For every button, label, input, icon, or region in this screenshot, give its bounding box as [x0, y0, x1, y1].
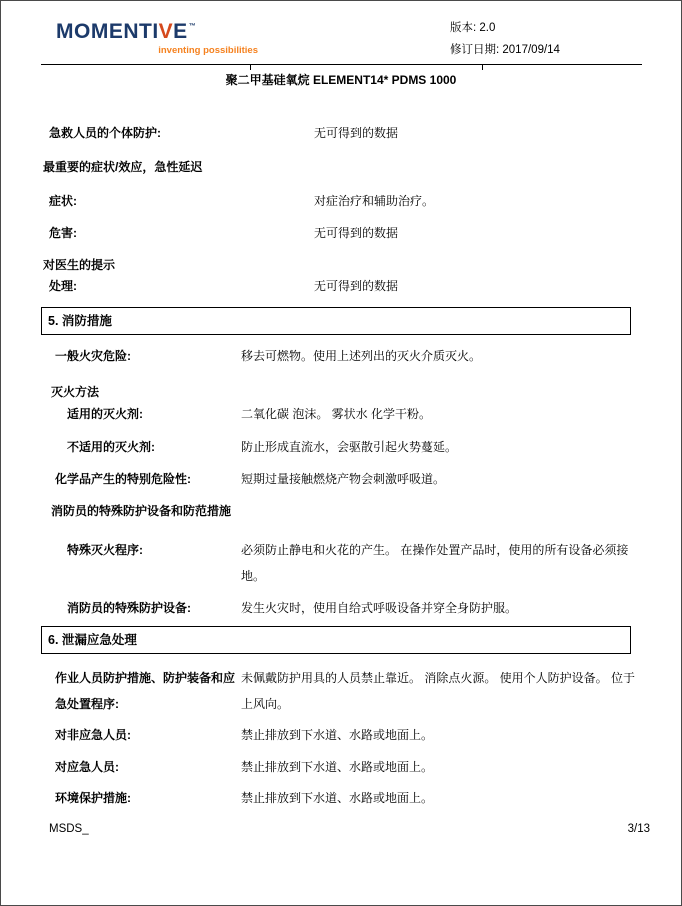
wordmark-prefix: MOMENTI	[56, 20, 159, 43]
revision-date-text: 修订日期: 2017/09/14	[450, 39, 560, 61]
field-label: 对非应急人员:	[1, 727, 241, 743]
wordmark-v-mark: V	[159, 20, 174, 43]
msds-document-page: MOMENTIVE™ inventing possibilities 版本: 2…	[0, 0, 682, 906]
field-row: 化学品产生的特别危险性: 短期过量接触燃烧产物会刺激呼吸道。	[1, 471, 681, 487]
field-value: 移去可燃物。使用上述列出的灭火介质灭火。	[241, 348, 681, 364]
wordmark-suffix: E	[173, 20, 188, 43]
group-heading: 灭火方法	[1, 384, 681, 400]
page-title: 聚二甲基硅氧烷 ELEMENT14* PDMS 1000	[1, 71, 681, 88]
field-value: 无可得到的数据	[314, 125, 681, 141]
field-label: 对应急人员:	[1, 759, 241, 775]
field-value: 必须防止静电和火花的产生。 在操作处置产品时，使用的所有设备必须接地。	[241, 537, 681, 589]
header-divider	[41, 64, 642, 65]
field-label: 环境保护措施:	[1, 790, 241, 806]
field-value: 二氧化碳 泡沫。 雾状水 化学干粉。	[241, 406, 681, 422]
field-row: 特殊灭火程序: 必须防止静电和火花的产生。 在操作处置产品时，使用的所有设备必须…	[1, 537, 681, 589]
group-heading: 对医生的提示	[1, 257, 681, 273]
field-row: 症状: 对症治疗和辅助治疗。	[1, 193, 681, 209]
field-value: 对症治疗和辅助治疗。	[314, 193, 681, 209]
field-label: 适用的灭火剂:	[1, 406, 241, 422]
field-label: 症状:	[1, 193, 314, 209]
document-body: 急救人员的个体防护: 无可得到的数据 最重要的症状/效应，急性延迟 症状: 对症…	[1, 125, 681, 806]
version-text: 版本: 2.0	[450, 17, 560, 39]
group-heading-text: 对医生的提示	[1, 258, 115, 272]
field-label: 处理:	[1, 278, 314, 294]
group-heading-text: 灭火方法	[51, 385, 99, 399]
field-row: 处理: 无可得到的数据	[1, 278, 681, 294]
field-row: 消防员的特殊防护设备: 发生火灾时，使用自给式呼吸设备并穿全身防护服。	[1, 600, 681, 616]
field-row: 对非应急人员: 禁止排放到下水道、水路或地面上。	[1, 727, 681, 743]
momentive-logo: MOMENTIVE™ inventing possibilities	[56, 21, 258, 56]
field-row: 作业人员防护措施、防护装备和应急处置程序: 未佩戴防护用具的人员禁止靠近。 消除…	[1, 665, 681, 717]
field-label: 急救人员的个体防护:	[1, 125, 314, 141]
momentive-wordmark: MOMENTIVE™	[56, 21, 258, 42]
field-label: 危害:	[1, 225, 314, 241]
field-value: 禁止排放到下水道、水路或地面上。	[241, 759, 681, 775]
document-meta: 版本: 2.0 修订日期: 2017/09/14	[450, 17, 560, 61]
field-label: 作业人员防护措施、防护装备和应急处置程序:	[1, 665, 241, 717]
field-label: 化学品产生的特别危险性:	[1, 471, 241, 487]
group-heading-text: 最重要的症状/效应，急性延迟	[1, 160, 202, 174]
field-label: 不适用的灭火剂:	[1, 439, 241, 455]
field-value: 短期过量接触燃烧产物会刺激呼吸道。	[241, 471, 681, 487]
field-value: 防止形成直流水，会驱散引起火势蔓延。	[241, 439, 681, 455]
field-value: 未佩戴防护用具的人员禁止靠近。 消除点火源。 使用个人防护设备。 位于上风向。	[241, 665, 681, 717]
header-divider-tick	[250, 65, 251, 70]
section-heading-accidental-release: 6. 泄漏应急处理	[41, 626, 631, 654]
group-heading: 最重要的症状/效应，急性延迟	[1, 159, 681, 175]
field-row: 一般火灾危险: 移去可燃物。使用上述列出的灭火介质灭火。	[1, 348, 681, 364]
field-row: 环境保护措施: 禁止排放到下水道、水路或地面上。	[1, 790, 681, 806]
page-number: 3/13	[628, 823, 650, 835]
field-value: 无可得到的数据	[314, 278, 681, 294]
field-value: 禁止排放到下水道、水路或地面上。	[241, 790, 681, 806]
field-label: 消防员的特殊防护设备:	[1, 600, 241, 616]
logo-tagline: inventing possibilities	[106, 45, 258, 56]
field-row: 危害: 无可得到的数据	[1, 225, 681, 241]
field-label: 一般火灾危险:	[1, 348, 241, 364]
group-heading: 消防员的特殊防护设备和防范措施	[1, 503, 681, 519]
page-footer: MSDS_ 3/13	[49, 823, 650, 835]
field-row: 急救人员的个体防护: 无可得到的数据	[1, 125, 681, 141]
field-value: 禁止排放到下水道、水路或地面上。	[241, 727, 681, 743]
field-value: 无可得到的数据	[314, 225, 681, 241]
section-heading-fire-fighting: 5. 消防措施	[41, 307, 631, 335]
field-row: 不适用的灭火剂: 防止形成直流水，会驱散引起火势蔓延。	[1, 439, 681, 455]
field-row: 对应急人员: 禁止排放到下水道、水路或地面上。	[1, 759, 681, 775]
trademark-symbol: ™	[189, 23, 196, 30]
field-label: 特殊灭火程序:	[1, 537, 241, 563]
field-value: 发生火灾时，使用自给式呼吸设备并穿全身防护服。	[241, 600, 681, 616]
field-row: 适用的灭火剂: 二氧化碳 泡沫。 雾状水 化学干粉。	[1, 406, 681, 422]
group-heading-text: 消防员的特殊防护设备和防范措施	[51, 504, 231, 518]
header-divider-tick	[482, 65, 483, 70]
document-id: MSDS_	[49, 823, 89, 835]
